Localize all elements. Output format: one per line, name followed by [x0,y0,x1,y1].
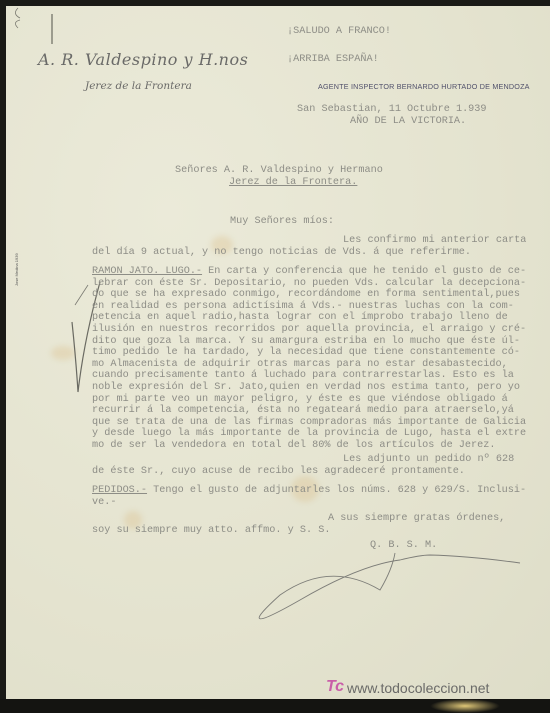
slogan-1: ¡SALUDO A FRANCO! [287,26,391,38]
section-heading: RAMON JATO. LUGO.- [92,266,202,277]
body-p2-line: mo de ser la vendedora en total del 80% … [92,440,496,452]
closing-1: A sus siempre gratas órdenes, [328,513,505,525]
body-p2-line: dito que goza la marca. Y su amargura es… [92,336,520,348]
body-p2-line: petencia en aquel radio,hasta lograr con… [92,312,508,324]
body-p3-line: Les adjunto un pedido nº 628 [343,454,514,466]
body-p2-line: noble expresión del Sr. Jato,quien en ve… [92,382,520,394]
dateline: San Sebastian, 11 Octubre 1.939 [297,104,487,116]
body-p2-line: cuando precisamente tanto á luchado para… [92,370,514,382]
closing-3: Q. B. S. M. [370,540,437,552]
body-p2-line: recurrir á la competencia, ésta no regat… [92,405,514,417]
paragraph-ramon-jato: RAMON JATO. LUGO.- En carta y conferenci… [92,266,526,278]
body-p2-line: y desde luego la más importante de la pr… [92,428,526,440]
paragraph-pedidos: PEDIDOS.- Tengo el gusto de adjuntarles … [92,485,526,497]
todocoleccion-logo-icon: Tc [326,678,344,696]
body-p2-line: timo pedido le ha tardado, y la necesida… [92,347,520,359]
company-name: A. R. Valdespino y H.nos [38,50,248,69]
body-p3-line: de éste Sr., cuyo acuse de recibo les ag… [92,466,465,478]
watermark-url[interactable]: www.todocoleccion.net [347,680,489,696]
salutation: Muy Señores míos: [230,216,334,228]
dateline-motto: AÑO DE LA VICTORIA. [350,116,466,128]
addressee-line-2: Jerez de la Frontera. [229,177,357,189]
agent-stamp: AGENTE INSPECTOR BERNARDO HURTADO DE MEN… [318,82,530,91]
addressee-line-1: Señores A. R. Valdespino y Hermano [175,165,383,177]
scan-glare [430,699,500,713]
slogan-2: ¡ARRIBA ESPAÑA! [287,54,379,66]
section-heading: PEDIDOS.- [92,485,147,496]
body-p1-line: del día 9 actual, y no tengo noticias de… [92,247,471,259]
body-p2-line: ilusión en nuestros recorridos por aquel… [92,324,526,336]
side-mark: Jose Medina 1939 [14,253,19,286]
body-p2-line: do que se ha expresado conmigo, recordán… [92,289,520,301]
body-p2-line: lebrar con éste Sr. Depositario, no pued… [92,278,526,290]
body-p2-line: que se trata de una de las firmas compra… [92,417,526,429]
closing-2: soy su siempre muy atto. affmo. y S. S. [92,525,330,537]
body-p2-line: por mi parte veo un mayor peligro, y ést… [92,394,508,406]
body-p4-line: ve.- [92,497,116,509]
signature [259,553,520,619]
body-p2-line: en realidad es persona adictísima á Vds.… [92,301,514,313]
company-city: Jerez de la Frontera [85,80,192,92]
body-p2-line: mo Almacenista de adquirir otras marcas … [92,359,508,371]
body-p1-line: Les confirmo mi anterior carta [343,235,526,247]
